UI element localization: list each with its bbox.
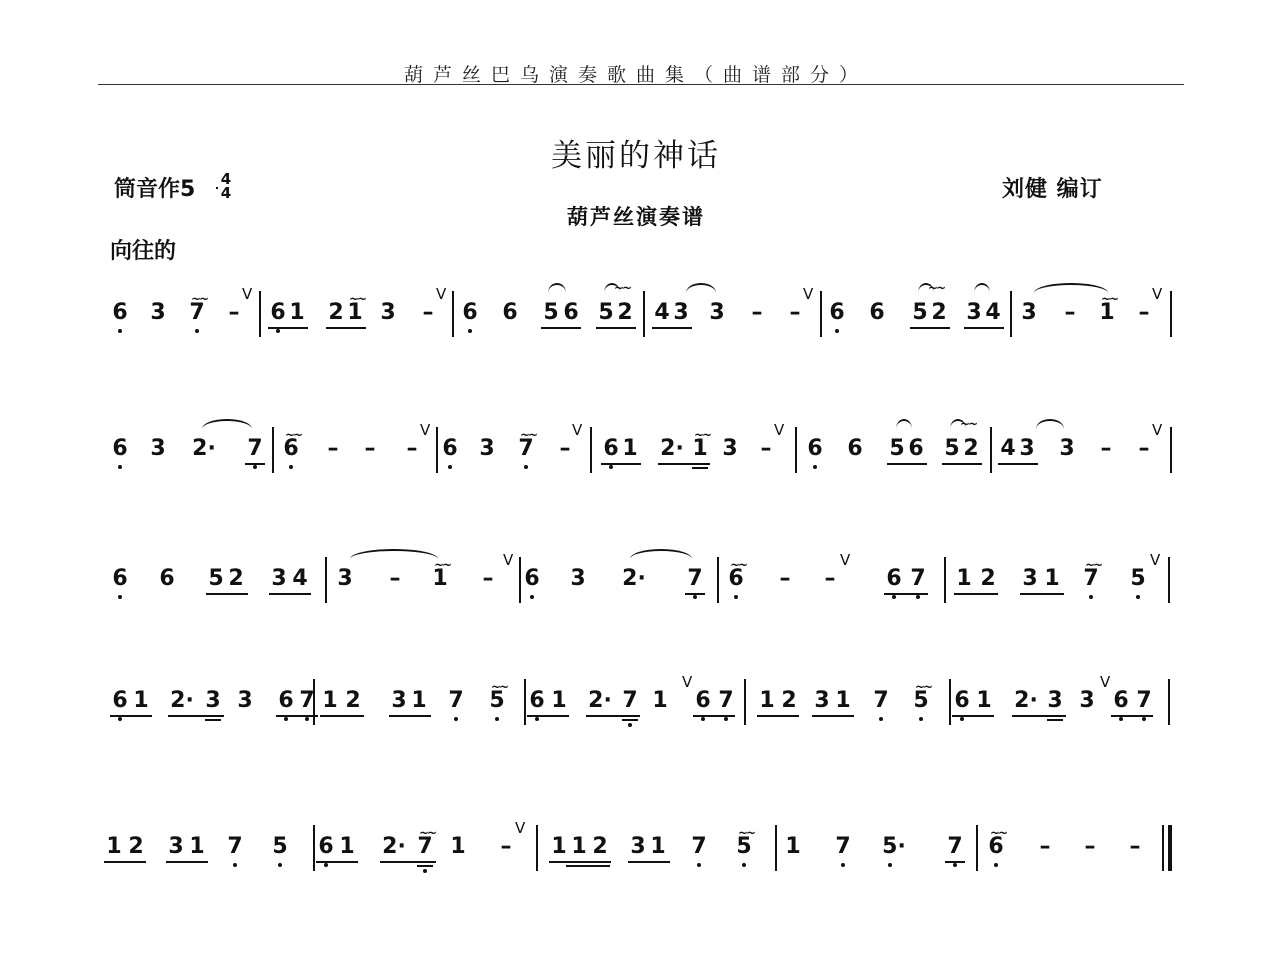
- low-octave-dot: [289, 465, 293, 469]
- eighth-underline: [964, 327, 1004, 329]
- sixteenth-underline: [417, 865, 433, 867]
- low-octave-dot: [628, 723, 632, 727]
- note: 4: [998, 437, 1018, 461]
- note: 6: [952, 689, 972, 713]
- eighth-underline: [812, 715, 854, 717]
- breath-mark-icon: V: [1152, 421, 1162, 439]
- sustain-dash: –: [478, 567, 498, 591]
- low-octave-dot: [888, 863, 892, 867]
- sustain-dash: –: [496, 835, 516, 859]
- sustain-dash: –: [1134, 437, 1154, 461]
- barline: [590, 427, 592, 473]
- note: 1: [187, 835, 207, 859]
- note: 1: [650, 689, 670, 713]
- note: 6: [110, 567, 130, 591]
- sustain-dash: –: [224, 301, 244, 325]
- note: 1: [320, 689, 340, 713]
- barline: [820, 291, 822, 337]
- note: 6: [527, 689, 547, 713]
- sixteenth-underline: [622, 719, 638, 721]
- note: 3: [235, 689, 255, 713]
- note: 7: [945, 835, 965, 859]
- low-octave-dot: [693, 595, 697, 599]
- slur-icon: [1034, 283, 1108, 293]
- note: 1: [448, 835, 468, 859]
- eighth-underline: [268, 327, 308, 329]
- note: 6: [110, 689, 130, 713]
- eighth-underline: [952, 715, 994, 717]
- note: 3: [1017, 437, 1037, 461]
- note: 6: [110, 437, 130, 461]
- note: 5: [942, 437, 962, 461]
- note: 3: [568, 567, 588, 591]
- low-octave-dot: [423, 869, 427, 873]
- low-octave-dot: [813, 465, 817, 469]
- sustain-dash: –: [323, 437, 343, 461]
- key-signature: 筒音作5: [114, 172, 195, 203]
- note: 7: [689, 835, 709, 859]
- note: 7: [1134, 689, 1154, 713]
- breath-mark-icon: V: [682, 673, 692, 691]
- low-octave-dot: [919, 717, 923, 721]
- sustain-dash: –: [1060, 301, 1080, 325]
- note: 5: [541, 301, 561, 325]
- note: 1: [131, 689, 151, 713]
- barline: [313, 679, 315, 725]
- eighth-underline: [628, 861, 670, 863]
- note: 4: [652, 301, 672, 325]
- trill-icon: ~~: [694, 423, 710, 447]
- note: 5: [206, 567, 226, 591]
- sustain-dash: –: [1125, 835, 1145, 859]
- note: 6: [693, 689, 713, 713]
- note: 3: [1045, 689, 1065, 713]
- time-signature-bottom: 4: [216, 186, 236, 200]
- trill-icon: ~~: [915, 675, 931, 699]
- eighth-underline: [887, 463, 927, 465]
- slur-icon: [896, 419, 912, 429]
- note: 2·: [586, 689, 614, 713]
- tempo-marking: 向往的: [110, 234, 176, 265]
- note: 6: [500, 301, 520, 325]
- note: 1: [833, 689, 853, 713]
- barline: [990, 427, 992, 473]
- note: 3: [269, 567, 289, 591]
- barline: [949, 679, 951, 725]
- slur-icon: [686, 283, 716, 293]
- low-octave-dot: [118, 329, 122, 333]
- note: 5~~: [734, 835, 754, 859]
- slur-icon: [974, 283, 990, 293]
- barline: [1170, 291, 1172, 337]
- trill-icon: ~~: [990, 821, 1006, 845]
- note: 7: [716, 689, 736, 713]
- eighth-underline: [601, 463, 641, 465]
- barline: [325, 557, 327, 603]
- low-octave-dot: [724, 717, 728, 721]
- eighth-underline: [586, 715, 640, 717]
- low-octave-dot: [324, 863, 328, 867]
- barline: [775, 825, 777, 871]
- note: 3: [1077, 689, 1097, 713]
- time-signature: 4 4: [216, 172, 236, 200]
- note: 4: [983, 301, 1003, 325]
- note: 3: [720, 437, 740, 461]
- low-octave-dot: [284, 717, 288, 721]
- low-octave-dot: [495, 717, 499, 721]
- slur-icon: [350, 549, 438, 559]
- eighth-underline: [389, 715, 431, 717]
- note: 6: [906, 437, 926, 461]
- barline: [1162, 825, 1164, 871]
- low-octave-dot: [1142, 717, 1146, 721]
- note: 6~~: [281, 437, 301, 461]
- low-octave-dot: [448, 465, 452, 469]
- eighth-underline: [320, 715, 364, 717]
- breath-mark-icon: V: [242, 285, 252, 303]
- note: 7~~: [415, 835, 435, 859]
- eighth-underline: [269, 593, 311, 595]
- eighth-underline: [945, 861, 965, 863]
- barline: [1170, 427, 1172, 473]
- note: 6: [460, 301, 480, 325]
- note: 2: [326, 301, 346, 325]
- note: 5: [887, 437, 907, 461]
- trill-icon: ~~: [520, 423, 536, 447]
- breath-mark-icon: V: [774, 421, 784, 439]
- note: 2·: [620, 567, 648, 591]
- eighth-underline: [168, 715, 224, 717]
- note: 1: [287, 301, 307, 325]
- sixteenth-underline: [205, 719, 221, 721]
- barline: [976, 825, 978, 871]
- eighth-underline: [541, 327, 581, 329]
- trill-icon: ~~: [730, 553, 746, 577]
- note: 2·: [168, 689, 196, 713]
- arranger-credit: 刘健 编订: [1002, 172, 1103, 203]
- low-octave-dot: [609, 465, 613, 469]
- note: 6: [157, 567, 177, 591]
- note: 6: [845, 437, 865, 461]
- low-octave-dot: [734, 595, 738, 599]
- eighth-underline: [1020, 593, 1064, 595]
- breath-mark-icon: V: [1100, 673, 1110, 691]
- note: 4: [290, 567, 310, 591]
- eighth-underline: [166, 861, 208, 863]
- low-octave-dot: [701, 717, 705, 721]
- time-signature-line: [216, 187, 218, 189]
- note: 3: [378, 301, 398, 325]
- note: 6: [827, 301, 847, 325]
- low-octave-dot: [454, 717, 458, 721]
- note: 6: [268, 301, 288, 325]
- sustain-dash: –: [820, 567, 840, 591]
- barline: [519, 557, 521, 603]
- breath-mark-icon: V: [436, 285, 446, 303]
- breath-mark-icon: V: [572, 421, 582, 439]
- note: 7: [685, 567, 705, 591]
- sustain-dash: –: [360, 437, 380, 461]
- note: 1: [569, 835, 589, 859]
- note: 2·: [1012, 689, 1040, 713]
- eighth-underline: [685, 593, 705, 595]
- trill-icon: ~~: [614, 281, 630, 295]
- breath-mark-icon: V: [840, 551, 850, 569]
- note: 7~~: [1081, 567, 1101, 591]
- note: 6: [884, 567, 904, 591]
- note: 7: [245, 437, 265, 461]
- note: 2·: [380, 835, 408, 859]
- barline: [717, 557, 719, 603]
- sustain-dash: –: [1134, 301, 1154, 325]
- final-barline: [1168, 825, 1172, 871]
- note: 1: [757, 689, 777, 713]
- note: 7: [871, 689, 891, 713]
- note: 1: [337, 835, 357, 859]
- barline: [436, 427, 438, 473]
- low-octave-dot: [233, 863, 237, 867]
- note: 3: [148, 301, 168, 325]
- note: 7: [225, 835, 245, 859]
- eighth-underline: [566, 865, 610, 867]
- sixteenth-underline: [1047, 719, 1063, 721]
- low-octave-dot: [697, 863, 701, 867]
- low-octave-dot: [879, 717, 883, 721]
- sustain-dash: –: [385, 567, 405, 591]
- eighth-underline: [757, 715, 799, 717]
- barline: [524, 679, 526, 725]
- note: 7~~: [187, 301, 207, 325]
- song-subtitle: 葫芦丝演奏谱: [0, 201, 1272, 231]
- low-octave-dot: [305, 717, 309, 721]
- book-header: 葫芦丝巴乌演奏歌曲集（曲谱部分）: [0, 60, 1272, 87]
- eighth-underline: [110, 715, 152, 717]
- barline: [744, 679, 746, 725]
- note: 1~~: [430, 567, 450, 591]
- barline: [536, 825, 538, 871]
- note: 1~~: [1097, 301, 1117, 325]
- barline: [1010, 291, 1012, 337]
- note: 5~~: [911, 689, 931, 713]
- breath-mark-icon: V: [515, 819, 525, 837]
- header-divider: [98, 84, 1184, 85]
- eighth-underline: [527, 715, 569, 717]
- sustain-dash: –: [1096, 437, 1116, 461]
- note: 5: [270, 835, 290, 859]
- sustain-dash: –: [1035, 835, 1055, 859]
- sustain-dash: –: [785, 301, 805, 325]
- barline: [272, 427, 274, 473]
- breath-mark-icon: V: [803, 285, 813, 303]
- note: 3: [148, 437, 168, 461]
- note: 3: [335, 567, 355, 591]
- slur-icon: [202, 419, 252, 429]
- slur-icon: [630, 549, 692, 559]
- low-octave-dot: [535, 717, 539, 721]
- note: 3: [812, 689, 832, 713]
- breath-mark-icon: V: [1150, 551, 1160, 569]
- barline: [795, 427, 797, 473]
- note: 2·: [190, 437, 218, 461]
- note: 3: [1020, 567, 1040, 591]
- eighth-underline: [942, 463, 982, 465]
- slur-icon: [548, 283, 566, 293]
- trill-icon: ~~: [491, 675, 507, 699]
- trill-icon: ~~: [960, 417, 976, 431]
- low-octave-dot: [742, 863, 746, 867]
- note: 1: [648, 835, 668, 859]
- note: 2: [126, 835, 146, 859]
- note: 6: [1111, 689, 1131, 713]
- low-octave-dot: [994, 863, 998, 867]
- note: 1: [549, 835, 569, 859]
- sustain-dash: –: [747, 301, 767, 325]
- low-octave-dot: [953, 863, 957, 867]
- low-octave-dot: [118, 465, 122, 469]
- eighth-underline: [910, 327, 950, 329]
- trill-icon: ~~: [434, 553, 450, 577]
- low-octave-dot: [278, 863, 282, 867]
- low-octave-dot: [530, 595, 534, 599]
- low-octave-dot: [835, 329, 839, 333]
- note: 1~~: [690, 437, 710, 461]
- note: 2: [226, 567, 246, 591]
- note: 2: [929, 301, 949, 325]
- eighth-underline: [316, 861, 358, 863]
- low-octave-dot: [276, 329, 280, 333]
- note: 5·: [880, 835, 908, 859]
- note: 6: [522, 567, 542, 591]
- eighth-underline: [206, 593, 248, 595]
- note: 6: [601, 437, 621, 461]
- sixteenth-underline: [692, 467, 708, 469]
- note: 2: [961, 437, 981, 461]
- note: 1: [549, 689, 569, 713]
- eighth-underline: [380, 861, 436, 863]
- eighth-underline: [693, 715, 735, 717]
- barline: [643, 291, 645, 337]
- eighth-underline: [652, 327, 692, 329]
- trill-icon: ~~: [928, 281, 944, 295]
- low-octave-dot: [118, 717, 122, 721]
- eighth-underline: [658, 463, 710, 465]
- eighth-underline: [549, 861, 611, 863]
- trill-icon: ~~: [1085, 553, 1101, 577]
- barline: [452, 291, 454, 337]
- note: 6: [316, 835, 336, 859]
- low-octave-dot: [524, 465, 528, 469]
- note: 2: [615, 301, 635, 325]
- sustain-dash: –: [1080, 835, 1100, 859]
- note: 3: [671, 301, 691, 325]
- note: 3: [389, 689, 409, 713]
- note: 6: [440, 437, 460, 461]
- note: 2: [779, 689, 799, 713]
- note: 3: [477, 437, 497, 461]
- eighth-underline: [1012, 715, 1066, 717]
- note: 3: [628, 835, 648, 859]
- low-octave-dot: [1136, 595, 1140, 599]
- eighth-underline: [596, 327, 636, 329]
- low-octave-dot: [118, 595, 122, 599]
- trill-icon: ~~: [349, 287, 365, 311]
- sustain-dash: –: [418, 301, 438, 325]
- note: 6~~: [986, 835, 1006, 859]
- note: 3: [166, 835, 186, 859]
- slur-icon: [1036, 419, 1064, 429]
- note: 5: [910, 301, 930, 325]
- note: 3: [1019, 301, 1039, 325]
- note: 1: [954, 567, 974, 591]
- eighth-underline: [326, 327, 366, 329]
- low-octave-dot: [253, 465, 257, 469]
- note: 6~~: [726, 567, 746, 591]
- note: 3: [707, 301, 727, 325]
- barline: [944, 557, 946, 603]
- barline: [313, 825, 315, 871]
- eighth-underline: [276, 715, 318, 717]
- note: 5~~: [487, 689, 507, 713]
- note: 5: [596, 301, 616, 325]
- low-octave-dot: [960, 717, 964, 721]
- note: 3: [203, 689, 223, 713]
- note: 7: [833, 835, 853, 859]
- trill-icon: ~~: [419, 821, 435, 845]
- note: 6: [110, 301, 130, 325]
- eighth-underline: [245, 463, 265, 465]
- sustain-dash: –: [775, 567, 795, 591]
- note: 1: [409, 689, 429, 713]
- trill-icon: ~~: [285, 423, 301, 447]
- note: 2: [343, 689, 363, 713]
- note: 1: [974, 689, 994, 713]
- low-octave-dot: [1119, 717, 1123, 721]
- note: 1: [1042, 567, 1062, 591]
- low-octave-dot: [1089, 595, 1093, 599]
- low-octave-dot: [892, 595, 896, 599]
- song-title: 美丽的神话: [0, 130, 1272, 175]
- breath-mark-icon: V: [503, 551, 513, 569]
- sustain-dash: –: [555, 437, 575, 461]
- note: 2: [590, 835, 610, 859]
- note: 3: [964, 301, 984, 325]
- barline: [259, 291, 261, 337]
- breath-mark-icon: V: [1152, 285, 1162, 303]
- note: 2·: [658, 437, 686, 461]
- note: 3: [1057, 437, 1077, 461]
- note: 1: [783, 835, 803, 859]
- low-octave-dot: [468, 329, 472, 333]
- note: 6: [276, 689, 296, 713]
- sustain-dash: –: [756, 437, 776, 461]
- note: 7: [620, 689, 640, 713]
- note: 7: [908, 567, 928, 591]
- trill-icon: ~~: [191, 287, 207, 311]
- note: 7~~: [516, 437, 536, 461]
- breath-mark-icon: V: [420, 421, 430, 439]
- note: 1: [620, 437, 640, 461]
- note: 6: [805, 437, 825, 461]
- note: 2: [978, 567, 998, 591]
- eighth-underline: [998, 463, 1038, 465]
- eighth-underline: [954, 593, 998, 595]
- low-octave-dot: [916, 595, 920, 599]
- low-octave-dot: [841, 863, 845, 867]
- low-octave-dot: [195, 329, 199, 333]
- note: 1: [104, 835, 124, 859]
- eighth-underline: [1111, 715, 1153, 717]
- note: 6: [867, 301, 887, 325]
